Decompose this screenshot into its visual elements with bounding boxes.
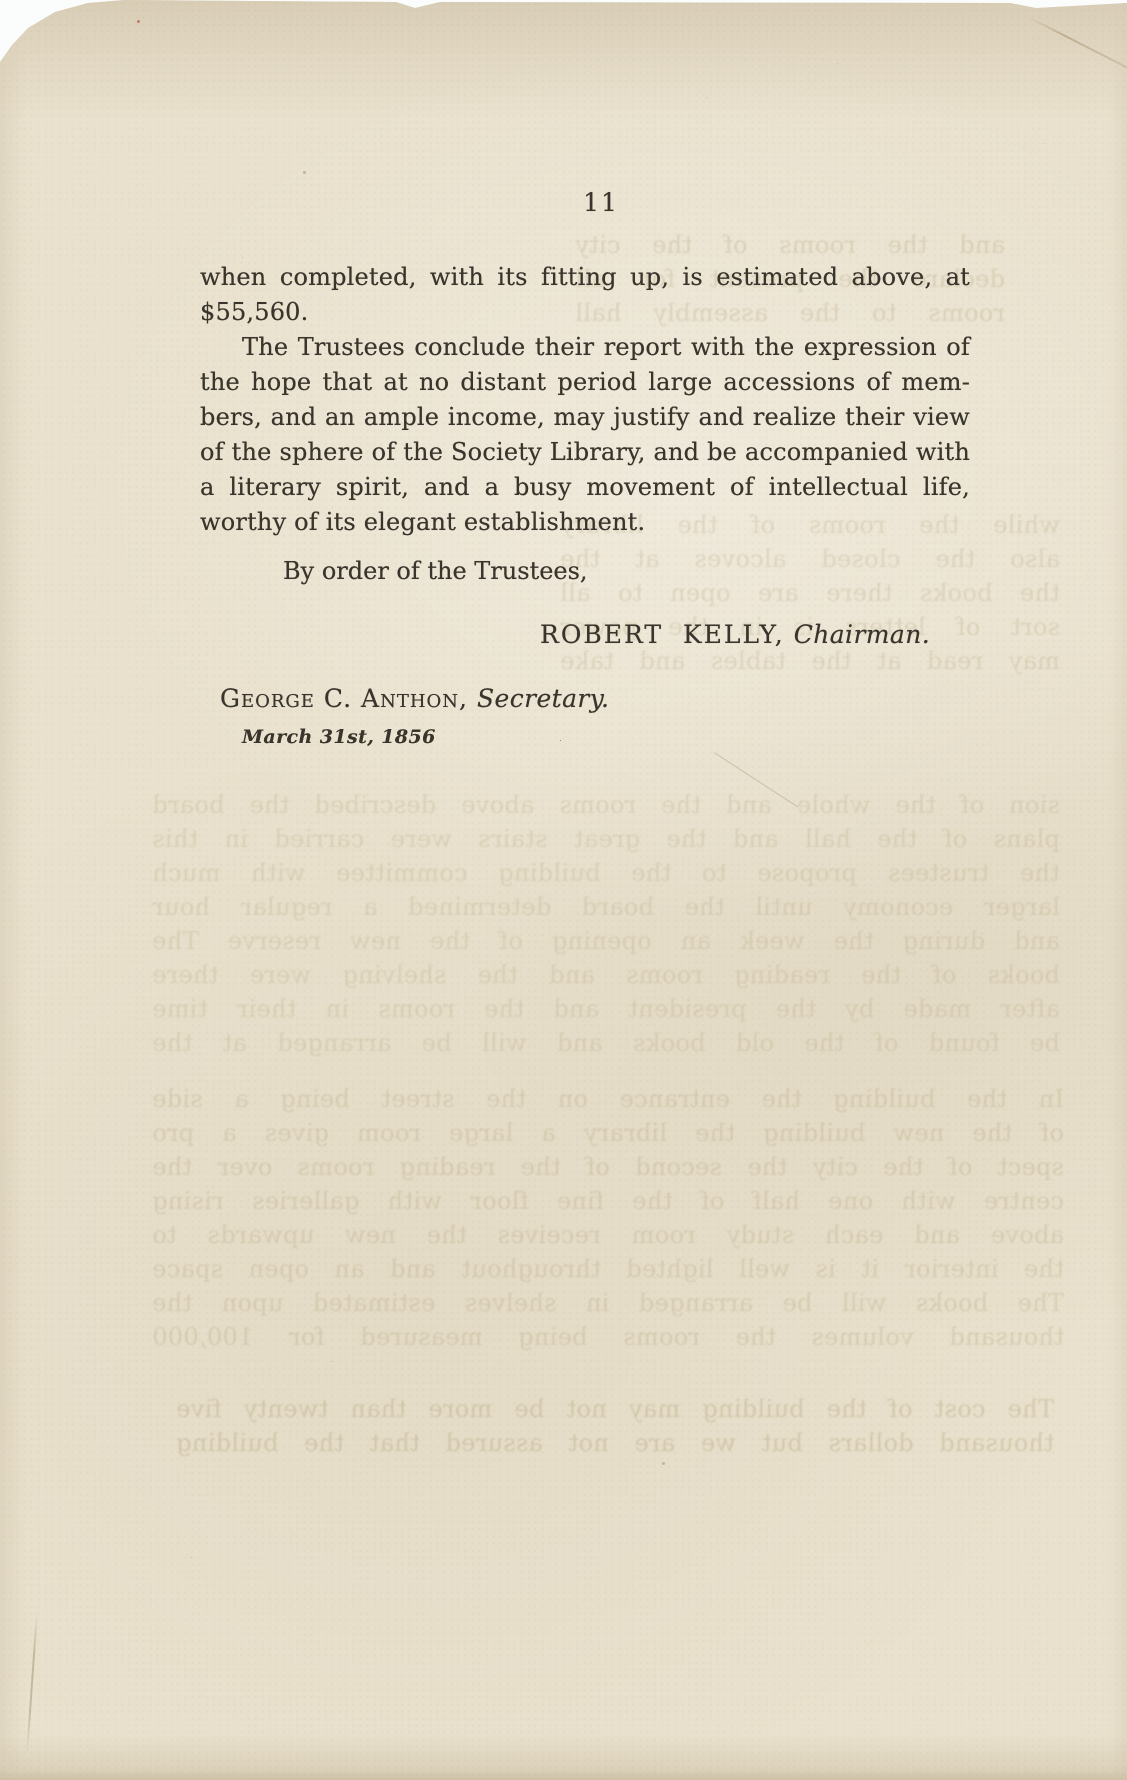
chairman-title: Chairman. [794, 620, 930, 649]
paragraph-line: bers, and an ample income, may justify a… [200, 400, 970, 435]
page-content: 11 when completed, with its fitting up, … [0, 0, 1127, 1780]
paragraph-block: when completed, with its fitting up, is … [200, 260, 970, 540]
paragraph-line: The Trustees conclude their report with … [200, 330, 970, 365]
paragraph-line: of the sphere of the Society Library, an… [200, 435, 970, 470]
page-number: 11 [216, 188, 986, 217]
paragraph-line: $55,560. [200, 295, 970, 330]
secretary-name: George C. Anthon, [220, 684, 468, 713]
date-line: March 31st, 1856 [242, 726, 436, 748]
paragraph-line: worthy of its elegant establishment. [200, 505, 970, 540]
chairman-name: ROBERT KELLY, [540, 620, 785, 649]
paper-specks [0, 0, 3, 3]
secretary-signature-line: George C. Anthon,Secretary. [220, 684, 609, 713]
paragraph-line: when completed, with its fitting up, is … [200, 260, 970, 295]
secretary-title: Secretary. [477, 684, 609, 713]
paragraph-line: a literary spirit, and a busy movement o… [200, 470, 970, 505]
paragraph-line: the hope that at no distant period large… [200, 365, 970, 400]
chairman-signature-line: ROBERT KELLY,Chairman. [540, 620, 930, 649]
by-order-line: By order of the Trustees, [283, 557, 588, 585]
scanned-page: and the rooms of the city declare the pr… [0, 0, 1127, 1780]
